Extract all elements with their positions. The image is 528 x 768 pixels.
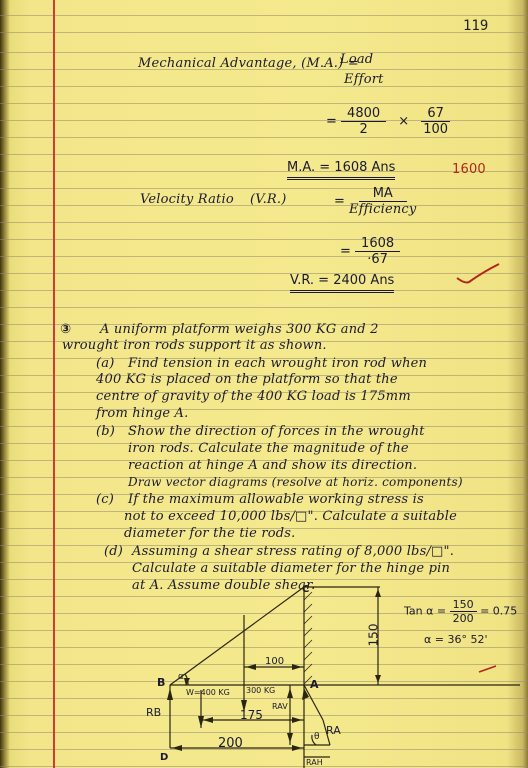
reaction-rah-label: RAH: [306, 758, 323, 767]
tan-result: = 0.75: [480, 605, 517, 618]
tan-label: Tan α =: [404, 605, 446, 618]
dim-175: 175: [240, 708, 263, 722]
point-a-label: A: [310, 678, 319, 691]
load-platform-label: 300 KG: [246, 686, 275, 695]
point-d-label: D: [160, 752, 168, 763]
point-b-label: B: [157, 676, 165, 689]
red-mark-icon: [478, 664, 498, 674]
notebook-page: 119 Mechanical Advantage, (M.A.) = Load …: [0, 0, 528, 768]
force-diagram: [0, 0, 528, 768]
tan-num: 150: [450, 598, 477, 612]
reaction-ra-label: RA: [326, 724, 341, 737]
tan-frac: 150 200: [450, 598, 477, 625]
point-c-label: C: [302, 584, 309, 595]
load-w-label: W=400 KG: [186, 688, 230, 697]
dim-200: 200: [218, 736, 243, 751]
tan-calc: Tan α = 150 200 = 0.75: [404, 598, 517, 625]
tan-den: 200: [453, 612, 474, 625]
alpha-result: α = 36° 52': [424, 633, 487, 646]
dim-100: 100: [265, 656, 284, 667]
reaction-rav-label: RAV: [272, 702, 288, 711]
alpha-angle-label: α: [178, 672, 184, 682]
theta-angle-label: θ: [314, 732, 320, 742]
dim-150: 150: [366, 624, 380, 647]
reaction-rb-label: RB: [146, 706, 161, 719]
